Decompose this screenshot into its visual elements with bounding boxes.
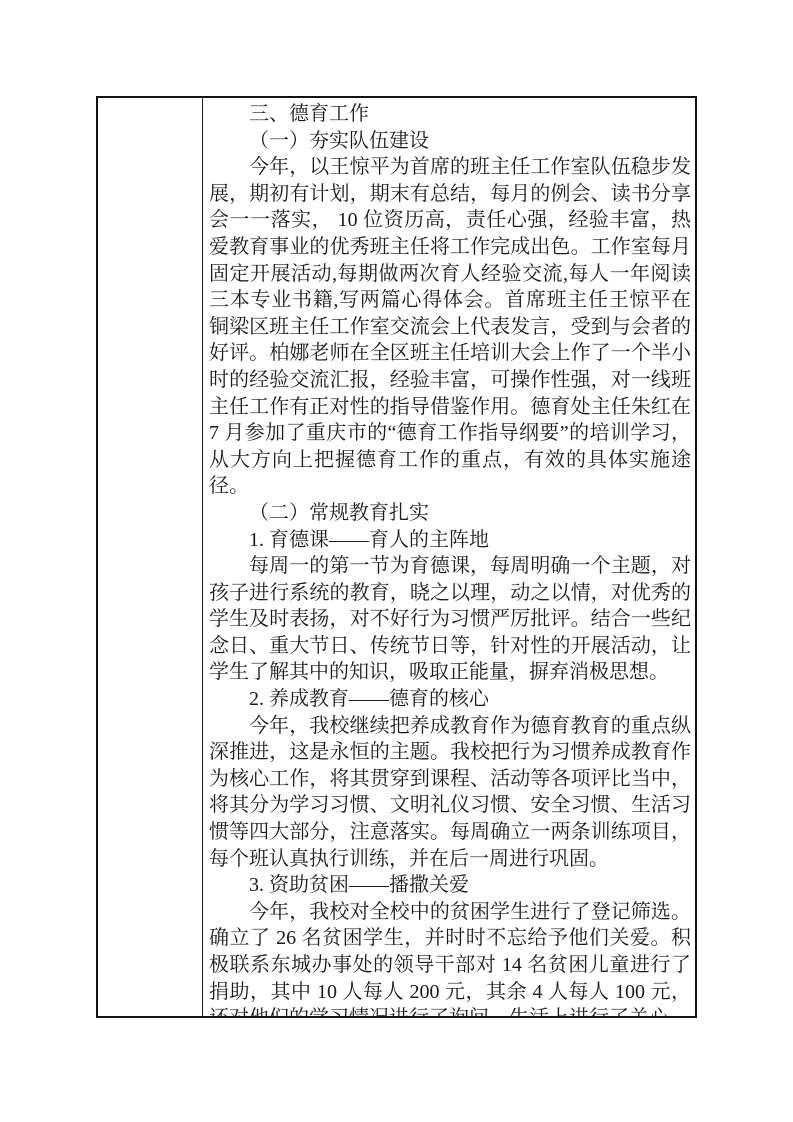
para-team-building: 今年，以王惊平为首席的班主任工作室队伍稳步发展，期初有计划，期末有总结，每月的例… — [209, 154, 691, 500]
para-habit-education: 今年，我校继续把养成教育作为德育教育的重点纵深推进，这是永恒的主题。我校把行为习… — [209, 713, 691, 873]
heading-routine-education: （二）常规教育扎实 — [209, 500, 691, 527]
heading-team-building: （一）夯实队伍建设 — [209, 128, 691, 155]
para-poverty-aid: 今年，我校对全校中的贫困学生进行了登记筛选。确立了 26 名贫困学生，并时时不忘… — [209, 899, 691, 1016]
heading-habit-education: 2. 养成教育——德育的核心 — [209, 686, 691, 713]
para-moral-class: 每周一的第一节为育德课，每周明确一个主题，对孩子进行系统的教育，晓之以理，动之以… — [209, 553, 691, 686]
heading-poverty-aid: 3. 资助贫困——播撒关爱 — [209, 872, 691, 899]
heading-moral-education: 三、德育工作 — [209, 101, 691, 128]
heading-moral-class: 1. 育德课——育人的主阵地 — [209, 527, 691, 554]
table-content-cell: 三、德育工作 （一）夯实队伍建设 今年，以王惊平为首席的班主任工作室队伍稳步发展… — [203, 98, 695, 1016]
table-left-cell — [98, 98, 203, 1016]
content-table: 三、德育工作 （一）夯实队伍建设 今年，以王惊平为首席的班主任工作室队伍稳步发展… — [96, 96, 697, 1018]
document-page: 三、德育工作 （一）夯实队伍建设 今年，以王惊平为首席的班主任工作室队伍稳步发展… — [0, 0, 793, 1122]
